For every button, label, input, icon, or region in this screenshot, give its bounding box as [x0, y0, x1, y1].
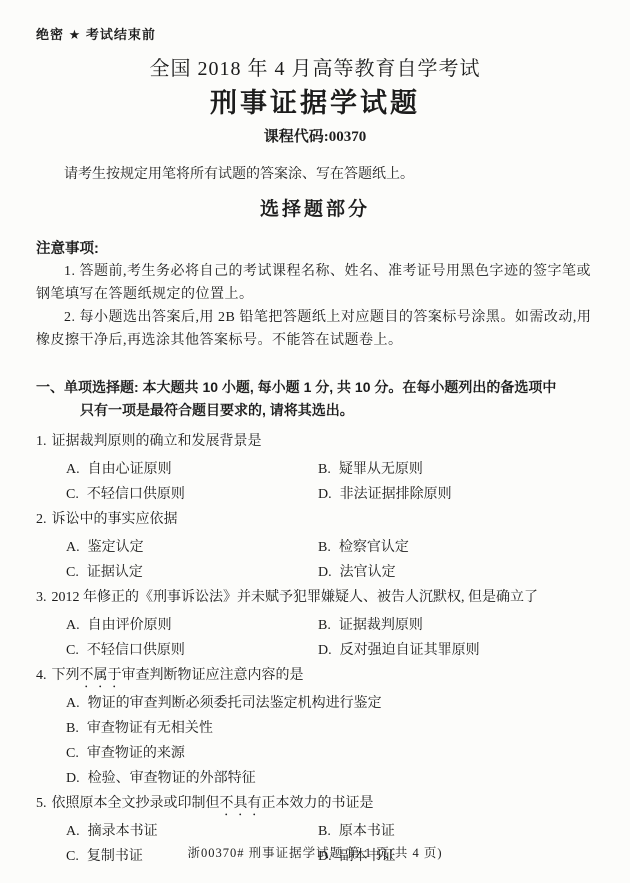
option-label: C. — [66, 746, 79, 761]
option-label: D. — [318, 487, 332, 502]
stem-text: 依照原本全文抄录或印制但 — [52, 796, 220, 811]
option-label: B. — [318, 618, 331, 633]
option-label: D. — [66, 771, 80, 786]
option-d: D.法官认定 — [318, 560, 594, 585]
option-text: 鉴定认定 — [88, 540, 144, 555]
option-grid: A.自由心证原则 B.疑罪从无原则 C.不轻信口供原则 D.非法证据排除原则 — [36, 457, 594, 507]
instruction-text: 请考生按规定用笔将所有试题的答案涂、写在答题纸上。 — [36, 164, 594, 186]
question-number: 1. — [36, 434, 47, 449]
option-label: B. — [318, 540, 331, 555]
option-list: A.物证的审查判断必须委托司法鉴定机构进行鉴定 B.审查物证有无相关性 C.审查… — [36, 691, 594, 791]
question-stem: 2.诉讼中的事实应依据 — [36, 507, 594, 535]
section-title: 选择题部分 — [36, 197, 594, 223]
question-number: 5. — [36, 796, 47, 811]
course-code: 课程代码:00370 — [36, 126, 594, 148]
option-grid: A.自由评价原则 B.证据裁判原则 C.不轻信口供原则 D.反对强迫自证其罪原则 — [36, 613, 594, 663]
option-label: B. — [318, 462, 331, 477]
option-text: 审查物证有无相关性 — [87, 721, 213, 736]
option-b: B.证据裁判原则 — [318, 613, 594, 638]
option-c: C.审查物证的来源 — [66, 741, 594, 766]
option-label: C. — [66, 487, 79, 502]
page-footer: 浙00370# 刑事证据学试题 第 1 页(共 4 页) — [0, 843, 630, 861]
stem-text-after: 正本效力的书证是 — [262, 796, 374, 811]
question-3: 3.2012 年修正的《刑事诉讼法》并未赋予犯罪嫌疑人、被告人沉默权, 但是确立… — [36, 585, 594, 663]
notes-title: 注意事项: — [36, 238, 594, 260]
option-a: A.鉴定认定 — [66, 535, 318, 560]
option-label: A. — [66, 540, 80, 555]
option-c: C.证据认定 — [66, 560, 318, 585]
option-text: 摘录本书证 — [88, 824, 158, 839]
part-heading-line2: 只有一项是最符合题目要求的, 请将其选出。 — [36, 399, 594, 422]
exam-title: 全国 2018 年 4 月高等教育自学考试 — [36, 56, 594, 82]
option-text: 法官认定 — [340, 565, 396, 580]
paper-title: 刑事证据学试题 — [36, 85, 594, 121]
option-text: 物证的审查判断必须委托司法鉴定机构进行鉴定 — [88, 696, 382, 711]
option-label: A. — [66, 696, 80, 711]
stem-text: 诉讼中的事实应依据 — [52, 512, 178, 527]
option-text: 检察官认定 — [339, 540, 409, 555]
question-number: 4. — [36, 668, 47, 683]
question-4: 4.下列不属于审查判断物证应注意内容的是 A.物证的审查判断必须委托司法鉴定机构… — [36, 663, 594, 791]
stem-emphasis: 不具有 — [220, 796, 262, 811]
option-text: 非法证据排除原则 — [340, 487, 452, 502]
part-heading-line1: 一、单项选择题: 本大题共 10 小题, 每小题 1 分, 共 10 分。在每小… — [36, 376, 594, 399]
option-text: 不轻信口供原则 — [87, 643, 185, 658]
question-1: 1.证据裁判原则的确立和发展背景是 A.自由心证原则 B.疑罪从无原则 C.不轻… — [36, 429, 594, 507]
stem-emphasis: 不属于 — [80, 668, 122, 683]
part-heading: 一、单项选择题: 本大题共 10 小题, 每小题 1 分, 共 10 分。在每小… — [36, 376, 594, 422]
question-2: 2.诉讼中的事实应依据 A.鉴定认定 B.检察官认定 C.证据认定 D.法官认定 — [36, 507, 594, 585]
stem-text: 2012 年修正的《刑事诉讼法》并未赋予犯罪嫌疑人、被告人沉默权, 但是确立了 — [52, 590, 539, 605]
note-item-2: 2. 每小题选出答案后,用 2B 铅笔把答题纸上对应题目的答案标号涂黑。如需改动… — [36, 307, 594, 352]
option-a: A.物证的审查判断必须委托司法鉴定机构进行鉴定 — [66, 691, 594, 716]
option-b: B.疑罪从无原则 — [318, 457, 594, 482]
option-label: D. — [318, 565, 332, 580]
option-label: A. — [66, 462, 80, 477]
question-stem: 5.依照原本全文抄录或印制但不具有正本效力的书证是 — [36, 791, 594, 819]
option-text: 证据认定 — [87, 565, 143, 580]
option-text: 自由评价原则 — [88, 618, 172, 633]
option-text: 检验、审查物证的外部特征 — [88, 771, 256, 786]
option-text: 疑罪从无原则 — [339, 462, 423, 477]
secrecy-label: 绝密 ★ 考试结束前 — [36, 24, 594, 43]
option-a: A.自由评价原则 — [66, 613, 318, 638]
option-label: A. — [66, 618, 80, 633]
note-item-1: 1. 答题前,考生务必将自己的考试课程名称、姓名、准考证号用黑色字迹的签字笔或钢… — [36, 261, 594, 306]
stem-text: 下列 — [52, 668, 80, 683]
option-label: C. — [66, 643, 79, 658]
option-label: B. — [66, 721, 79, 736]
option-d: D.反对强迫自证其罪原则 — [318, 638, 594, 663]
option-text: 证据裁判原则 — [339, 618, 423, 633]
option-label: C. — [66, 565, 79, 580]
option-text: 不轻信口供原则 — [87, 487, 185, 502]
option-a: A.摘录本书证 — [66, 819, 318, 844]
question-number: 2. — [36, 512, 47, 527]
option-c: C.不轻信口供原则 — [66, 638, 318, 663]
question-list: 1.证据裁判原则的确立和发展背景是 A.自由心证原则 B.疑罪从无原则 C.不轻… — [36, 429, 594, 869]
option-d: D.非法证据排除原则 — [318, 482, 594, 507]
option-c: C.不轻信口供原则 — [66, 482, 318, 507]
option-a: A.自由心证原则 — [66, 457, 318, 482]
exam-paper-page: 绝密 ★ 考试结束前 全国 2018 年 4 月高等教育自学考试 刑事证据学试题… — [0, 0, 630, 883]
option-text: 反对强迫自证其罪原则 — [340, 643, 480, 658]
question-stem: 1.证据裁判原则的确立和发展背景是 — [36, 429, 594, 457]
question-stem: 3.2012 年修正的《刑事诉讼法》并未赋予犯罪嫌疑人、被告人沉默权, 但是确立… — [36, 585, 594, 613]
stem-text-after: 审查判断物证应注意内容的是 — [122, 668, 304, 683]
option-grid: A.鉴定认定 B.检察官认定 C.证据认定 D.法官认定 — [36, 535, 594, 585]
option-b: B.检察官认定 — [318, 535, 594, 560]
option-label: B. — [318, 824, 331, 839]
option-b: B.原本书证 — [318, 819, 594, 844]
option-text: 审查物证的来源 — [87, 746, 185, 761]
option-text: 原本书证 — [339, 824, 395, 839]
option-text: 自由心证原则 — [88, 462, 172, 477]
question-stem: 4.下列不属于审查判断物证应注意内容的是 — [36, 663, 594, 691]
option-label: A. — [66, 824, 80, 839]
option-b: B.审查物证有无相关性 — [66, 716, 594, 741]
option-d: D.检验、审查物证的外部特征 — [66, 766, 594, 791]
option-label: D. — [318, 643, 332, 658]
question-number: 3. — [36, 590, 47, 605]
stem-text: 证据裁判原则的确立和发展背景是 — [52, 434, 262, 449]
